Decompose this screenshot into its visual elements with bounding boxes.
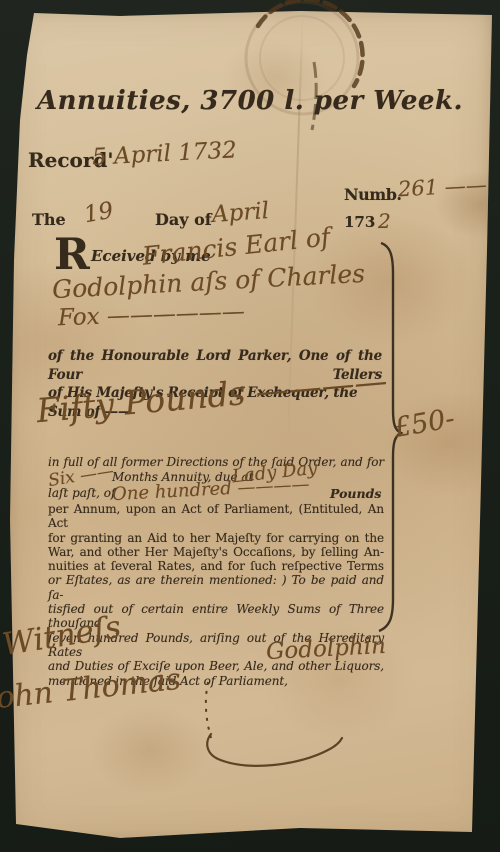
body-para-line: nuities at ſeveral Rates, and for ſuch r… bbox=[48, 559, 384, 573]
body-para-line: War, and other Her Majeſty's Occaſions, … bbox=[48, 545, 384, 559]
body-line-3-printed-1: laſt paſt, of bbox=[48, 486, 115, 500]
date-the-label: The bbox=[32, 210, 66, 229]
numb-value-handwritten: 261 —— bbox=[397, 173, 487, 202]
received-dropcap: R bbox=[54, 237, 90, 274]
date-day-handwritten: 19 bbox=[82, 198, 115, 229]
date-year-printed: 173 bbox=[344, 213, 375, 231]
document-photo: Annuities, 3700 l. per Week. Record' 5 A… bbox=[0, 0, 500, 852]
ink-flourish bbox=[182, 676, 392, 786]
numb-label: Numb. bbox=[344, 185, 401, 204]
body-para-line: or Eſtates, as are therein mentioned: ) … bbox=[48, 573, 384, 602]
body-line-3-printed-2: Pounds bbox=[330, 486, 381, 501]
body-para-line: per Annum, upon an Act of Parliament, (E… bbox=[48, 502, 384, 531]
body-para-line: for granting an Aid to her Majeſty for c… bbox=[48, 531, 384, 545]
date-year-handwritten: 2 bbox=[378, 209, 391, 233]
date-month-handwritten: April bbox=[211, 198, 270, 228]
document-title: Annuities, 3700 l. per Week. bbox=[30, 86, 470, 116]
date-dayof-label: Day of bbox=[155, 210, 212, 229]
